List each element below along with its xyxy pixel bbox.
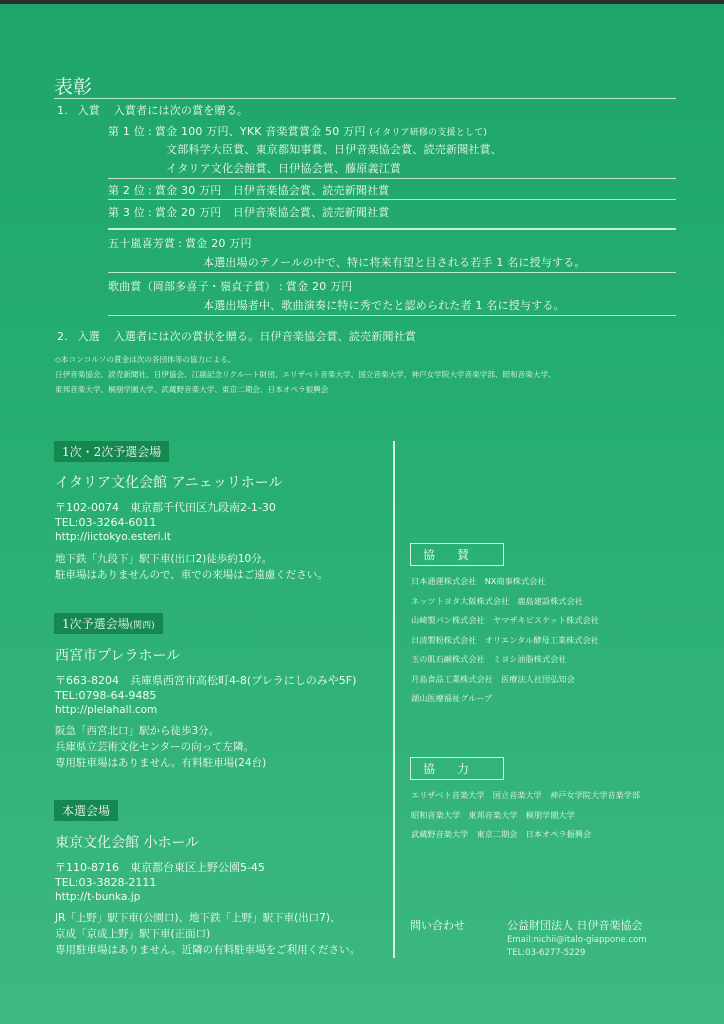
sponsor-line: 日清製粉株式会社 オリエンタル酵母工業株式会社 (411, 631, 599, 651)
venue-1-url[interactable]: http://iictokyo.esteri.it (55, 530, 171, 546)
venue-2-access-2: 兵庫県立芸術文化センターの向って左隣。 (55, 740, 254, 756)
contact-org: 公益財団法人 日伊音楽協会 (507, 917, 643, 933)
venue-2-header-text: 1次予選会場 (62, 617, 130, 631)
second-place-rank: 第 2 位 (108, 184, 145, 197)
venue-1-header: 1次・2次予選会場 (54, 441, 169, 462)
cooperation-header: 協力 (410, 757, 504, 780)
sponsor-line: 日本通運株式会社 NX商事株式会社 (411, 572, 599, 592)
venue-3-name: 東京文化会館 小ホール (55, 832, 199, 852)
venue-3-access-2: 京成「京成上野」駅下車(正面口) (55, 927, 210, 943)
special-award-1-desc: 本選出場のテノールの中で、特に将来有望と目される若手 1 名に授与する。 (203, 254, 586, 270)
cooperation-line: 武蔵野音楽大学 東京二期会 日本オペラ振興会 (411, 825, 640, 845)
venue-3-header-text: 本選会場 (62, 804, 110, 818)
first-place-row: 第 1 位:賞金 100 万円、YKK 音楽賞賞金 50 万円 (イタリア研修の… (108, 123, 487, 139)
special-award-1-prize: 賞金 20 万円 (185, 237, 252, 250)
venue-1-access-2: 駐車場はありませんので、車での来場はご遠慮ください。 (55, 568, 328, 584)
third-place-prize: 賞金 20 万円 日伊音楽協会賞、読売新聞社賞 (155, 206, 390, 219)
awards-title: 表彰 (54, 72, 92, 99)
sponsors-list: 日本通運株式会社 NX商事株式会社 ネッツトヨタ大阪株式会社 鹿島建設株式会社 … (411, 572, 599, 709)
venue-2-tel: TEL:0798-64-9485 (55, 688, 156, 704)
venue-3-access-3: 専用駐車場はありません。近隣の有料駐車場をご利用ください。 (55, 943, 360, 959)
contact-tel: TEL:03-6277-5229 (507, 948, 585, 958)
rule (108, 315, 676, 316)
special-award-2-row: 歌曲賞（岡部多喜子・嶺貞子賞）:賞金 20 万円 (108, 278, 353, 294)
cooperation-line: 昭和音楽大学 東邦音楽大学 桐朋学園大学 (411, 806, 640, 826)
venue-3-tel: TEL:03-3828-2111 (55, 875, 156, 891)
first-place-awards-line3: イタリア文化会館賞、日伊協会賞、藤原義江賞 (166, 160, 401, 176)
venue-2-access-1: 阪急「西宮北口」駅から徒歩3分。 (55, 724, 219, 740)
column-divider (393, 441, 395, 958)
rule (108, 272, 676, 273)
third-place-row: 第 3 位:賞金 20 万円 日伊音楽協会賞、読売新聞社賞 (108, 204, 390, 220)
venue-2-access-3: 専用駐車場はありません。有料駐車場(24台) (55, 756, 266, 772)
section1-number: 1. (57, 104, 68, 117)
first-place-prize: 賞金 100 万円、YKK 音楽賞賞金 50 万円 (155, 125, 366, 138)
sponsor-line: 山崎製パン株式会社 ヤマザキビスケット株式会社 (411, 611, 599, 631)
special-award-2-prize: 賞金 20 万円 (286, 280, 353, 293)
section1-label: 入賞 (78, 104, 100, 117)
venue-2-header-sub: (関西) (130, 621, 155, 631)
sponsor-line: 月島食品工業株式会社 医療法人社団弘知会 (411, 670, 599, 690)
rule (108, 178, 676, 179)
section1-intro: 入賞者には次の賞を贈る。 (114, 104, 248, 117)
cooperation-line: エリザベト音楽大学 国立音楽大学 神戸女学院大学音楽学部 (411, 786, 640, 806)
venue-1-tel: TEL:03-3264-6011 (55, 515, 156, 531)
third-place-rank: 第 3 位 (108, 206, 145, 219)
section2-number: 2. (57, 330, 68, 343)
section1-heading: 1. 入賞 入賞者には次の賞を贈る。 (57, 102, 248, 118)
prize-note-line2: 日伊音楽協会、読売新聞社、日伊協会、江副記念リクルート財団、エリザベト音楽大学、… (55, 369, 556, 380)
venue-1-header-text: 1次・2次予選会場 (62, 445, 161, 459)
rule (108, 228, 676, 230)
title-rule (54, 98, 676, 99)
second-place-prize: 賞金 30 万円 日伊音楽協会賞、読売新聞社賞 (155, 184, 390, 197)
section2-row: 2. 入選 入選者には次の賞状を贈る。日伊音楽協会賞、読売新聞社賞 (57, 328, 416, 344)
special-award-2-name: 歌曲賞（岡部多喜子・嶺貞子賞） (108, 280, 276, 293)
venue-3-header: 本選会場 (54, 800, 118, 821)
sponsor-line: 玉の肌石鹸株式会社 ミヨシ油脂株式会社 (411, 650, 599, 670)
prize-note-line1: ◇本コンコルソの賞金は次の各団体等の協力による。 (55, 354, 236, 365)
section2-label: 入選 (78, 330, 100, 343)
scan-edge (0, 0, 724, 4)
special-award-2-desc: 本選出場者中、歌曲演奏に特に秀でたと認められた者 1 名に授与する。 (203, 297, 565, 313)
venue-3-url[interactable]: http://t-bunka.jp (55, 890, 140, 906)
venue-2-name: 西宮市プレラホール (55, 645, 180, 665)
section2-text: 入選者には次の賞状を贈る。日伊音楽協会賞、読売新聞社賞 (114, 330, 416, 343)
venue-1-access-1: 地下鉄「九段下」駅下車(出口2)徒歩約10分。 (55, 552, 272, 568)
venue-1-name: イタリア文化会館 アニェッリホール (55, 472, 282, 492)
first-place-note: (イタリア研修の支援として) (369, 128, 487, 138)
venue-3-address: 〒110-8716 東京都台東区上野公園5-45 (55, 860, 265, 876)
contact-label: 問い合わせ (410, 917, 465, 933)
first-place-rank: 第 1 位 (108, 125, 145, 138)
first-place-awards-line2: 文部科学大臣賞、東京都知事賞、日伊音楽協会賞、読売新聞社賞、 (166, 141, 502, 157)
sponsor-line: ネッツトヨタ大阪株式会社 鹿島建設株式会社 (411, 592, 599, 612)
special-award-1-name: 五十嵐喜芳賞 (108, 237, 175, 250)
sponsor-line: 湖山医療福祉グループ (411, 689, 599, 709)
cooperation-list: エリザベト音楽大学 国立音楽大学 神戸女学院大学音楽学部 昭和音楽大学 東邦音楽… (411, 786, 640, 845)
contact-email[interactable]: Email:nichii@italo-giappone.com (507, 935, 647, 945)
prize-note-line3: 東邦音楽大学、桐朋学園大学、武蔵野音楽大学、東京二期会、日本オペラ振興会 (55, 384, 328, 395)
venue-2-url[interactable]: http://plelahall.com (55, 703, 157, 719)
rule (108, 199, 676, 200)
venue-1-address: 〒102-0074 東京都千代田区九段南2-1-30 (55, 500, 276, 516)
venue-3-access-1: JR「上野」駅下車(公園口)、地下鉄「上野」駅下車(出口7)、 (55, 911, 340, 927)
special-award-1-row: 五十嵐喜芳賞:賞金 20 万円 (108, 235, 252, 251)
venue-2-header: 1次予選会場(関西) (54, 613, 163, 634)
second-place-row: 第 2 位:賞金 30 万円 日伊音楽協会賞、読売新聞社賞 (108, 182, 390, 198)
venue-2-address: 〒663-8204 兵庫県西宮市高松町4-8(プレラにしのみや5F) (55, 673, 356, 689)
sponsors-header: 協賛 (410, 543, 504, 566)
